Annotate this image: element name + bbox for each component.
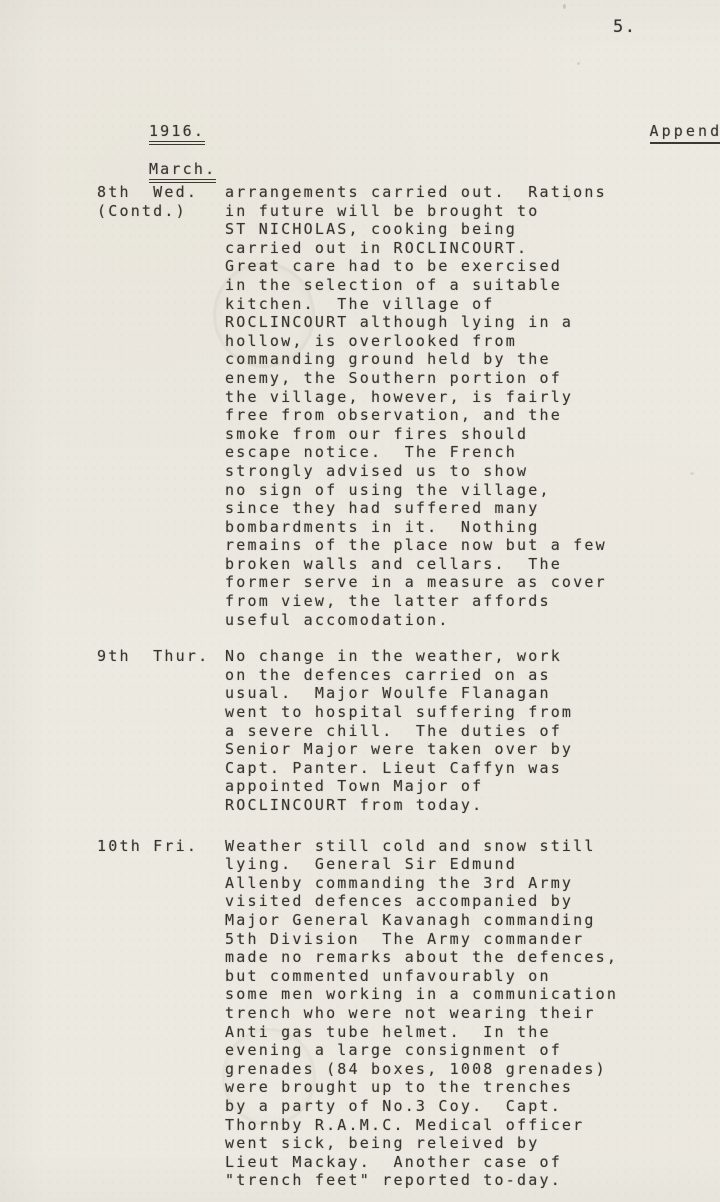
appendix-heading: Appendix.	[601, 103, 720, 163]
diary-entry-9th-thur: 9th Thur. No change in the weather, work…	[97, 647, 657, 814]
paper-speck	[577, 62, 580, 65]
appendix-heading-text: Appendix.	[650, 122, 720, 145]
paper-speck	[563, 4, 566, 9]
entry-gap	[97, 815, 657, 837]
diary-entries: 8th Wed. (Contd.) arrangements carried o…	[97, 183, 657, 1190]
diary-page-sheet: 5. 1916. Appendix. March. 8th Wed. (Cont…	[0, 0, 720, 1202]
month-heading-text: March.	[149, 160, 216, 184]
page-number: 5.	[613, 17, 636, 37]
entry-gap	[97, 629, 657, 647]
entry-date: 10th Fri.	[97, 837, 225, 856]
diary-entry-8th-wed: 8th Wed. (Contd.) arrangements carried o…	[97, 183, 657, 629]
entry-date: 9th Thur.	[97, 647, 225, 666]
diary-entry-10th-fri: 10th Fri. Weather still cold and snow st…	[97, 837, 657, 1190]
entry-date: 8th Wed. (Contd.)	[97, 183, 225, 220]
entry-body: No change in the weather, work on the de…	[225, 647, 657, 814]
entry-body: arrangements carried out. Rations in fut…	[225, 183, 657, 629]
paper-speck	[690, 472, 694, 475]
entry-body: Weather still cold and snow still lying.…	[225, 837, 657, 1190]
